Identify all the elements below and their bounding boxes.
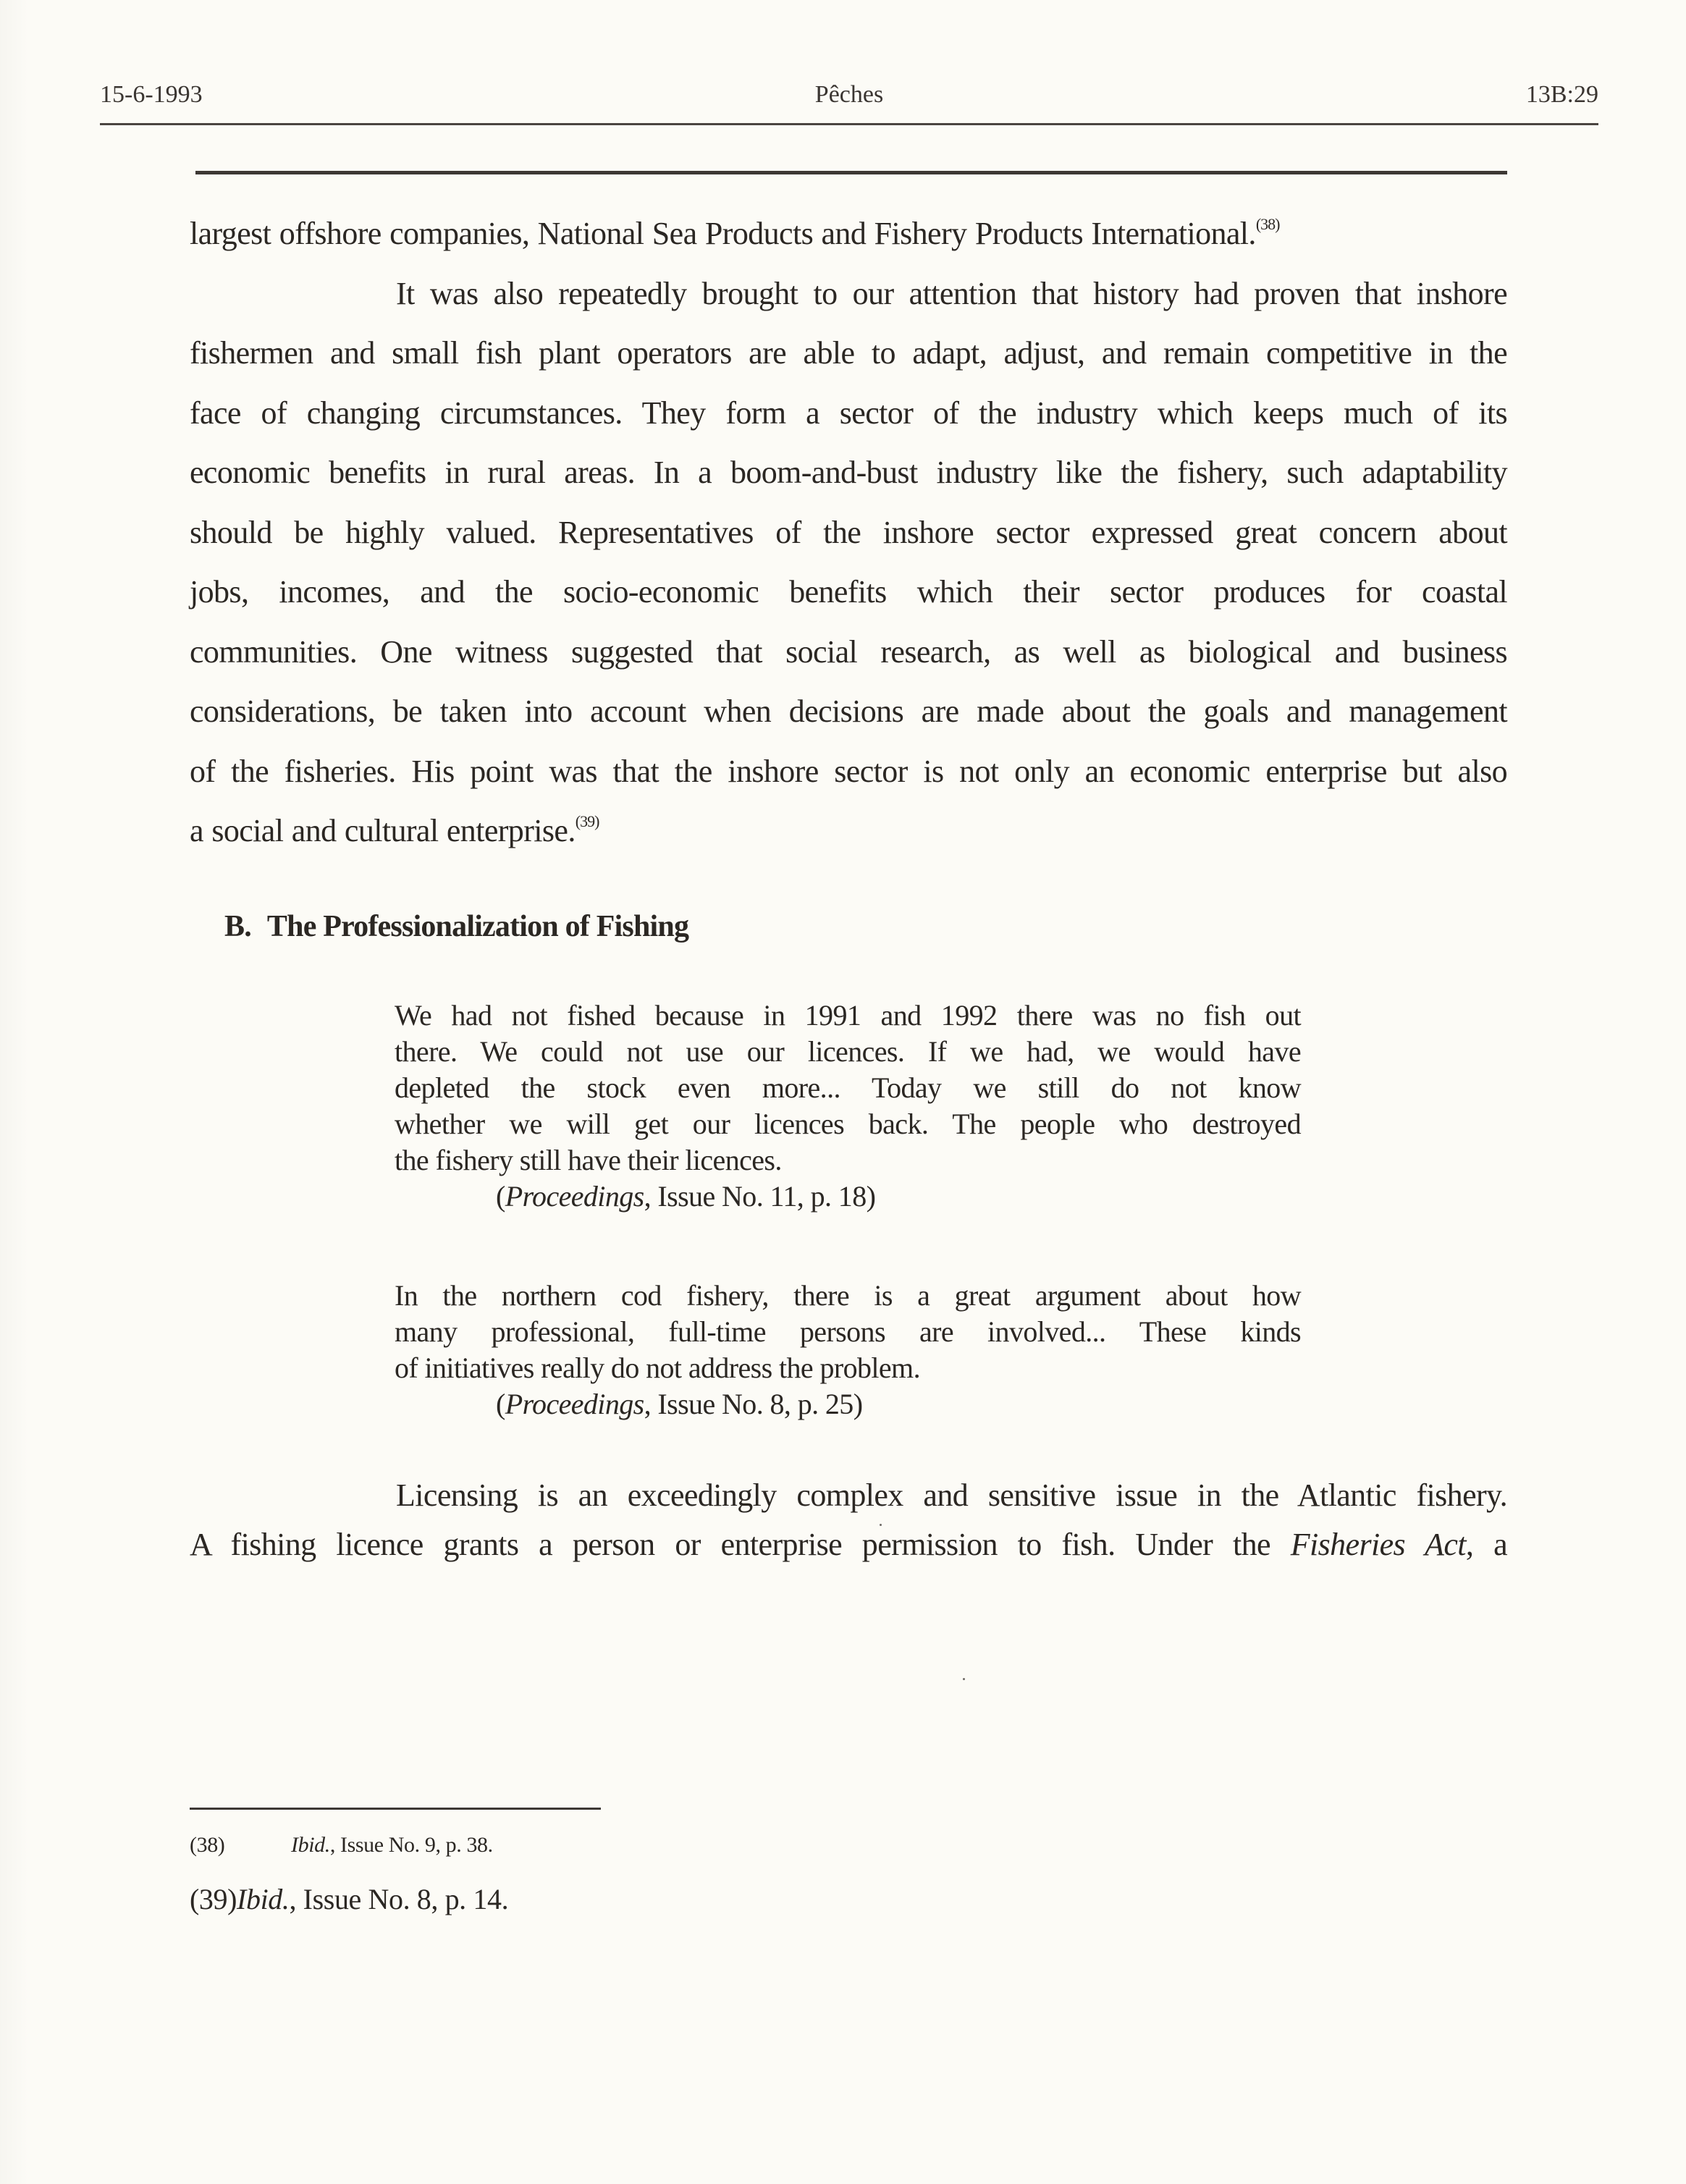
paragraph-line: Licensing is an exceedingly complex and …	[190, 1471, 1507, 1520]
footnote: (39)Ibid., Issue No. 8, p. 14.	[190, 1882, 508, 1916]
scanned-page: 15-6-1993 Pêches 13B:29 largest offshore…	[0, 0, 1686, 2184]
quote-line: We had not fished because in 1991 and 19…	[395, 998, 1301, 1034]
paragraph-line: It was also repeatedly brought to our at…	[190, 264, 1507, 324]
footnote-number: (39)	[190, 1883, 237, 1915]
body-text: Licensing is an exceedingly complex and …	[190, 1471, 1507, 1569]
scan-speck	[880, 1524, 882, 1526]
block-quote: We had not fished because in 1991 and 19…	[395, 998, 1301, 1215]
quote-line: of initiatives really do not address the…	[395, 1350, 1301, 1386]
paragraph-line: largest offshore companies, National Sea…	[190, 204, 1507, 264]
quote-line: there. We could not use our licences. If…	[395, 1034, 1301, 1070]
paragraph-line: face of changing circumstances. They for…	[190, 384, 1507, 444]
italic-term: Fisheries Act	[1291, 1527, 1466, 1562]
citation-source: Proceedings	[505, 1180, 644, 1213]
quote-citation: (Proceedings, Issue No. 8, p. 25)	[395, 1386, 1301, 1422]
paragraph-line: considerations, be taken into account wh…	[190, 682, 1507, 742]
footnote-reference[interactable]: (38)	[1256, 215, 1280, 233]
header-title: Pêches	[100, 81, 1598, 109]
footnote-detail: , Issue No. 8, p. 14.	[289, 1883, 508, 1915]
header-rule	[100, 123, 1598, 125]
footnote-source: Ibid.	[291, 1833, 330, 1857]
quote-line: In the northern cod fishery, there is a …	[395, 1278, 1301, 1314]
section-heading: B.The Professionalization of Fishing	[224, 909, 688, 944]
paragraph-line: communities. One witness suggested that …	[190, 623, 1507, 683]
paragraph-line: a social and cultural enterprise.(39)	[190, 801, 1507, 861]
quote-line: whether we will get our licences back. T…	[395, 1106, 1301, 1142]
section-letter: B.	[224, 910, 251, 943]
paragraph-line: economic benefits in rural areas. In a b…	[190, 443, 1507, 503]
section-title: The Professionalization of Fishing	[267, 910, 688, 943]
text-block-top-rule	[195, 171, 1507, 174]
paragraph-line: of the fisheries. His point was that the…	[190, 742, 1507, 802]
paragraph-line: jobs, incomes, and the socio-economic be…	[190, 562, 1507, 623]
footnote-reference[interactable]: (39)	[576, 812, 599, 830]
header-page-number: 13B:29	[1526, 81, 1598, 109]
footnote-source: Ibid.	[237, 1883, 289, 1915]
quote-line: depleted the stock even more... Today we…	[395, 1070, 1301, 1106]
citation-source: Proceedings	[505, 1388, 644, 1420]
quote-line: many professional, full-time persons are…	[395, 1314, 1301, 1350]
block-quote: In the northern cod fishery, there is a …	[395, 1278, 1301, 1422]
footnote: (38)Ibid., Issue No. 9, p. 38.	[190, 1833, 493, 1858]
scan-speck	[963, 1678, 965, 1680]
paragraph-line: should be highly valued. Representatives…	[190, 503, 1507, 563]
quote-line: the fishery still have their licences.	[395, 1142, 1301, 1179]
running-header: 15-6-1993 Pêches 13B:29	[100, 81, 1598, 119]
body-text: largest offshore companies, National Sea…	[190, 204, 1507, 861]
footnote-number: (38)	[190, 1833, 291, 1858]
footnote-rule	[190, 1808, 601, 1810]
paragraph-line: A fishing licence grants a person or ent…	[190, 1520, 1507, 1569]
paragraph-line: fishermen and small fish plant operators…	[190, 324, 1507, 384]
footnote-detail: , Issue No. 9, p. 38.	[330, 1833, 493, 1857]
quote-citation: (Proceedings, Issue No. 11, p. 18)	[395, 1179, 1301, 1215]
